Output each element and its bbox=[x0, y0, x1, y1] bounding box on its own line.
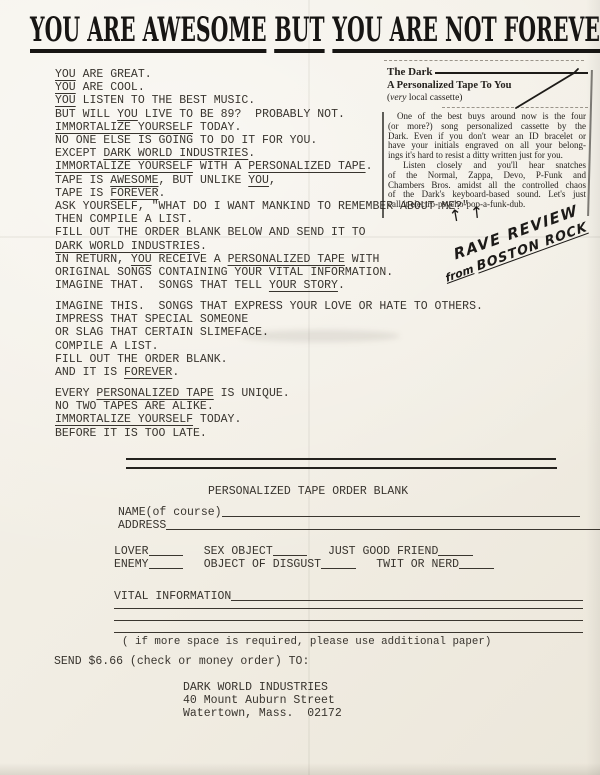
text-line: YOU ARE GREAT. bbox=[55, 68, 372, 81]
text-line: IMAGINE THIS. SONGS THAT EXPRESS YOUR LO… bbox=[55, 300, 483, 313]
form-relation-row-2: ENEMY OBJECT OF DISGUST TWIT OR NERD bbox=[114, 558, 494, 571]
clipping-left-edge bbox=[382, 112, 384, 218]
text-line: IMAGINE THAT. SONGS THAT TELL YOUR STORY… bbox=[55, 279, 469, 292]
form-address-field: ADDRESS bbox=[118, 519, 600, 532]
underlined-text: PERSONALIZED TAPE bbox=[228, 253, 345, 266]
text-line: BUT WILL YOU LIVE TO BE 89? PROBABLY NOT… bbox=[55, 108, 372, 121]
newspaper-review-clipping: The Dark A Personalized Tape To You (ver… bbox=[384, 60, 590, 214]
blank-write-in-line bbox=[166, 519, 600, 530]
underlined-text: IMMORTALIZE YOURSELF bbox=[55, 121, 193, 134]
text-line: FILL OUT THE ORDER BLANK. bbox=[55, 353, 483, 366]
page-title-text: YOU ARE AWESOMEBUTYOU ARE NOT FOREVER bbox=[30, 13, 600, 53]
text-line: DARK WORLD INDUSTRIES. bbox=[55, 240, 469, 253]
clipping-right-edge bbox=[587, 70, 593, 216]
underlined-text: DARK WORLD INDUSTRIES bbox=[103, 147, 248, 160]
note-rest: local cassette) bbox=[407, 93, 463, 103]
review-paragraph-2: Listen closely and you'll hear snatcheso… bbox=[388, 161, 586, 210]
blank-write-in-line bbox=[321, 558, 356, 569]
title-segment: YOU ARE NOT FOREVER bbox=[332, 13, 600, 53]
blank-write-in-line bbox=[438, 545, 473, 556]
scanned-flyer-page: YOU ARE AWESOMEBUTYOU ARE NOT FOREVER YO… bbox=[0, 0, 600, 775]
text-line: THEN COMPILE A LIST. bbox=[55, 213, 469, 226]
text-line: IMMORTALIZE YOURSELF TODAY. bbox=[55, 413, 290, 426]
text-line: YOU ARE COOL. bbox=[55, 81, 372, 94]
clipping-top-edge bbox=[384, 60, 584, 61]
blank-write-in-line bbox=[149, 558, 184, 569]
text-line: OR SLAG THAT CERTAIN SLIMEFACE. bbox=[55, 326, 483, 339]
underlined-text: DARK WORLD INDUSTRIES bbox=[55, 240, 200, 253]
underlined-text: FOREVER bbox=[124, 366, 172, 379]
blank-write-in-line bbox=[114, 610, 583, 621]
text-line: EVERY PERSONALIZED TAPE IS UNIQUE. bbox=[55, 387, 290, 400]
mailing-address-city: Watertown, Mass. 02172 bbox=[183, 708, 342, 720]
review-masthead: The Dark bbox=[387, 66, 433, 78]
text-line: NO TWO TAPES ARE ALIKE. bbox=[55, 400, 290, 413]
underlined-text: IMMORTALIZE YOURSELF bbox=[55, 160, 193, 173]
form-relation-row-1: LOVER SEX OBJECT JUST GOOD FRIEND bbox=[114, 545, 473, 558]
form-top-rule-1 bbox=[126, 458, 556, 460]
underlined-text: YOU bbox=[55, 94, 76, 107]
underlined-text: YOU bbox=[248, 174, 269, 187]
blank-write-in-line bbox=[459, 558, 494, 569]
text-line: AND IT IS FOREVER. bbox=[55, 366, 483, 379]
title-segment: YOU ARE AWESOME bbox=[30, 13, 267, 53]
text-line: EXCEPT DARK WORLD INDUSTRIES. bbox=[55, 147, 372, 160]
text-line: IN RETURN, YOU RECEIVE A PERSONALIZED TA… bbox=[55, 253, 469, 266]
text-line: YOU LISTEN TO THE BEST MUSIC. bbox=[55, 94, 372, 107]
review-masthead-row: The Dark bbox=[387, 66, 588, 78]
underlined-text: IMMORTALIZE YOURSELF bbox=[55, 413, 193, 426]
review-paragraph-1: One of the best buys around now is the f… bbox=[388, 112, 586, 161]
text-line: FILL OUT THE ORDER BLANK BELOW AND SEND … bbox=[55, 226, 469, 239]
form-top-rule-2 bbox=[126, 467, 557, 469]
text-line: ORIGINAL SONGS CONTAINING YOUR VITAL INF… bbox=[55, 266, 469, 279]
blank-write-in-line bbox=[222, 506, 581, 517]
underlined-text: YOU bbox=[117, 108, 138, 121]
form-more-space-caption: ( if more space is required, please use … bbox=[122, 636, 491, 648]
mailing-address-company: DARK WORLD INDUSTRIES bbox=[183, 682, 328, 694]
review-format-note: (very local cassette) bbox=[387, 93, 462, 103]
underlined-text: PERSONALIZED TAPE bbox=[248, 160, 365, 173]
blank-write-in-line bbox=[149, 545, 184, 556]
underlined-text: YOU bbox=[131, 253, 152, 266]
page-title: YOU ARE AWESOMEBUTYOU ARE NOT FOREVER bbox=[30, 13, 600, 53]
underlined-text: YOU bbox=[55, 68, 76, 81]
blank-write-in-line bbox=[273, 545, 308, 556]
text-line: TAPE IS AWESOME, BUT UNLIKE YOU, bbox=[55, 174, 372, 187]
note-italic-word: very bbox=[390, 93, 406, 103]
send-payment-instruction: SEND $6.66 (check or money order) TO: bbox=[54, 656, 309, 668]
paragraph-every-tape-unique: EVERY PERSONALIZED TAPE IS UNIQUE.NO TWO… bbox=[55, 387, 290, 440]
text-line: IMPRESS THAT SPECIAL SOMEONE bbox=[55, 313, 483, 326]
mailing-address-street: 40 Mount Auburn Street bbox=[183, 695, 335, 707]
text-line: IMMORTALIZE YOURSELF TODAY. bbox=[55, 121, 372, 134]
blank-write-in-line bbox=[114, 622, 583, 633]
text-line: TAPE IS FOREVER. bbox=[55, 187, 372, 200]
blank-write-in-line bbox=[114, 598, 583, 609]
clipping-divider-dash bbox=[442, 107, 588, 108]
title-segment: BUT bbox=[274, 13, 324, 53]
text-line: COMPILE A LIST. bbox=[55, 340, 483, 353]
underlined-text: PERSONALIZED TAPE bbox=[96, 387, 213, 400]
text-line: IMMORTALIZE YOURSELF WITH A PERSONALIZED… bbox=[55, 160, 372, 173]
form-blank-line bbox=[114, 622, 583, 635]
text-line: NO ONE ELSE IS GOING TO DO IT FOR YOU. bbox=[55, 134, 372, 147]
text-line: BEFORE IT IS TOO LATE. bbox=[55, 427, 290, 440]
form-name-field: NAME(of course) bbox=[118, 506, 580, 519]
underlined-text: YOU bbox=[55, 81, 76, 94]
underlined-text: YOUR STORY bbox=[269, 279, 338, 292]
review-body: One of the best buys around now is the f… bbox=[388, 112, 586, 210]
paragraph-you-are-great: YOU ARE GREAT.YOU ARE COOL.YOU LISTEN TO… bbox=[55, 68, 372, 200]
underlined-text: AWESOME bbox=[110, 174, 158, 187]
paragraph-imagine-this: IMAGINE THIS. SONGS THAT EXPRESS YOUR LO… bbox=[55, 300, 483, 379]
underlined-text: FOREVER bbox=[110, 187, 158, 200]
masthead-rule bbox=[435, 72, 588, 74]
up-arrow-icon: ↑ bbox=[469, 202, 484, 222]
review-subtitle: A Personalized Tape To You bbox=[387, 80, 511, 91]
order-form-heading: PERSONALIZED TAPE ORDER BLANK bbox=[208, 486, 408, 498]
